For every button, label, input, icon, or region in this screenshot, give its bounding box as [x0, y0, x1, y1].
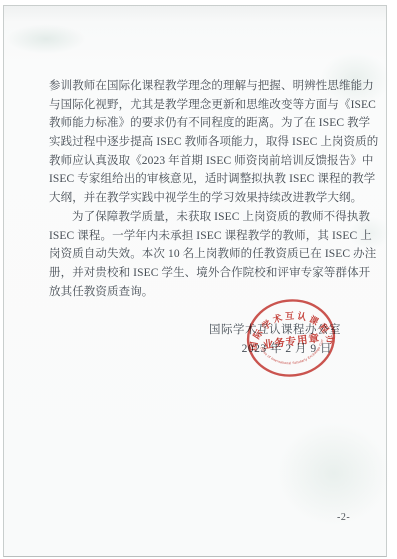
page-number: -2- [337, 512, 350, 523]
body-line: 为了保障教学质量，未获取 ISEC 上岗资质的教师不得执教 [49, 208, 358, 227]
body-line: 教师能力标准》的要求仍有不同程度的距离。为了在 ISEC 教学 [49, 114, 358, 133]
seal-center-text: 业务专用章 [262, 332, 321, 352]
body-line: 大纲，并在教学实践中视学生的学习效果持续改进教学大纲。 [49, 189, 358, 208]
body-line: ISEC 课程。一学年内未承担 ISEC 课程教学的教师，其 ISEC 上 [49, 227, 358, 246]
body-line: 册，并对贵校和 ISEC 学生、境外合作院校和评审专家等群体开 [49, 264, 358, 283]
body-line: 实践过程中逐步提高 ISEC 教师各项能力，取得 ISEC 上岗资质的 [49, 133, 358, 152]
scan-smudge [276, 421, 391, 526]
body-line: 参训教师在国际化课程教学理念的理解与把握、明辨性思维能力 [49, 77, 358, 96]
body-line: 岗资质自动失效。本次 10 名上岗教师的任教资质已在 ISEC 办注 [49, 245, 358, 264]
body-line: ISEC 专家组给出的审核意见，适时调整拟执教 ISEC 课程的教学 [49, 170, 358, 189]
body-line: 教师应认真汲取《2023 年首期 ISEC 师资岗前培训反馈报告》中 [49, 152, 358, 171]
body-line: 与国际化视野，尤其是教学理念更新和思维改变等方面与《ISEC [49, 96, 358, 115]
official-seal: 国际学术互认课程办公室 业务专用章 Office of Internationa… [240, 292, 341, 385]
scan-background: 参训教师在国际化课程教学理念的理解与把握、明辨性思维能力 与国际化视野，尤其是教… [0, 0, 397, 559]
scan-smudge [6, 24, 86, 54]
document-page: 参训教师在国际化课程教学理念的理解与把握、明辨性思维能力 与国际化视野，尤其是教… [3, 5, 387, 557]
body-text: 参训教师在国际化课程教学理念的理解与把握、明辨性思维能力 与国际化视野，尤其是教… [49, 77, 358, 301]
